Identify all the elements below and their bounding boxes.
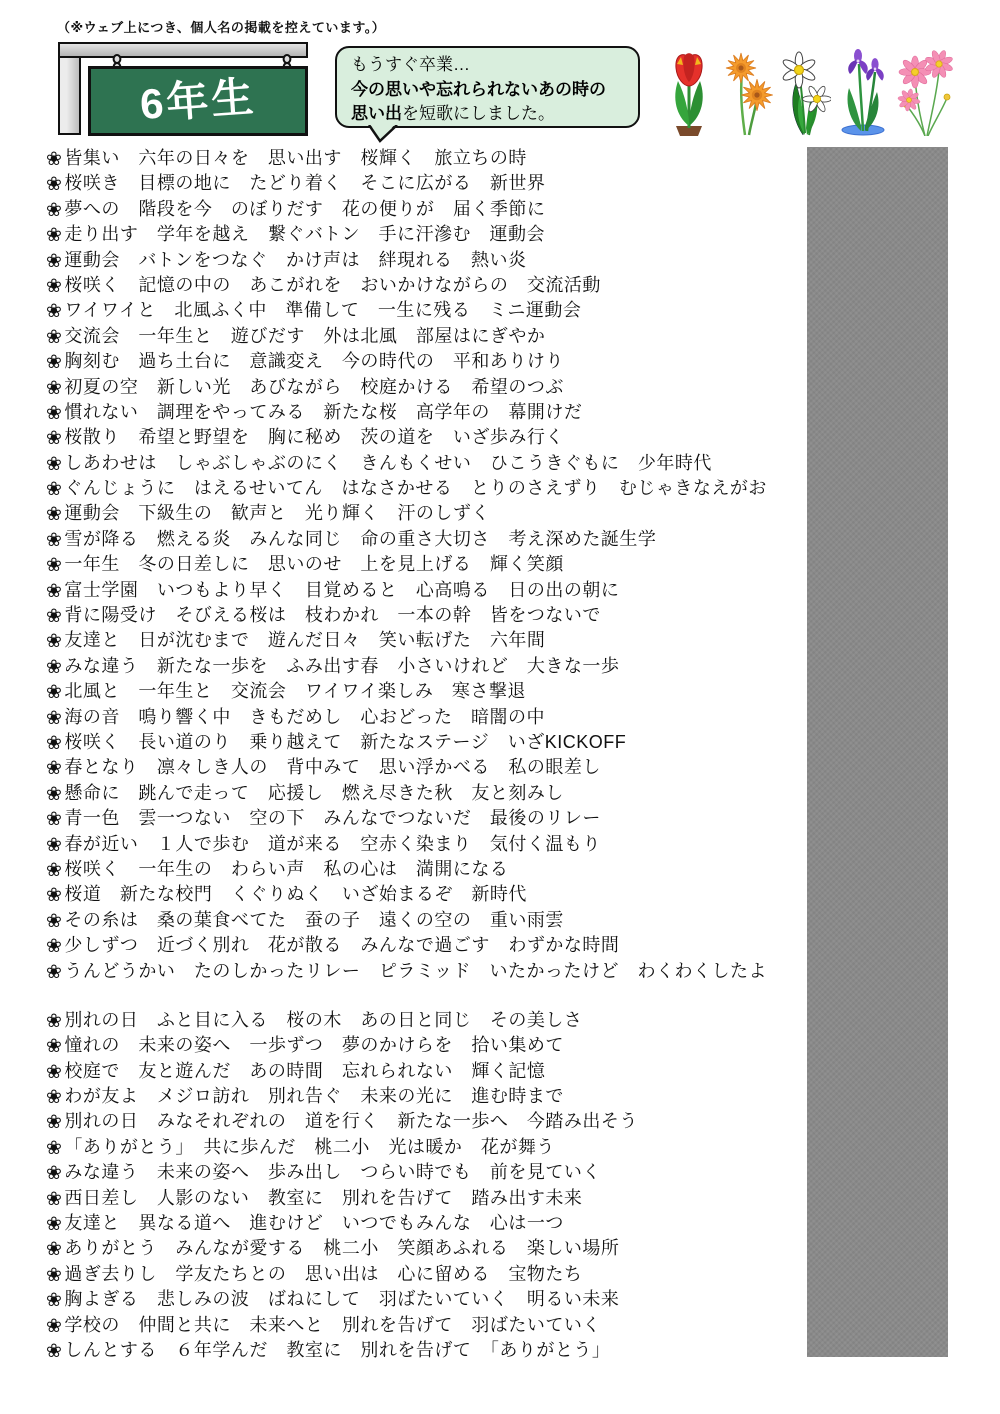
flower-bullet-icon: ❀ — [46, 629, 62, 654]
flower-bullet-icon: ❀ — [46, 376, 62, 401]
tanka-line: ❀ぐんじょうに はえるせいてん はなさかせる とりのさえずり むじゃきなえがお — [46, 476, 806, 501]
tanka-text: 夢への 階段を今 のぼりだす 花の便りが 届く季節に — [64, 199, 545, 219]
flower-bullet-icon: ❀ — [46, 528, 62, 553]
tanka-text: 桜咲く 記憶の中の あこがれを おいかけながらの 交流活動 — [64, 275, 601, 295]
flower-bullet-icon: ❀ — [46, 883, 62, 908]
tanka-text: 胸よぎる 悲しみの波 ばねにして 羽ばたいていく 明るい未来 — [64, 1289, 619, 1309]
tanka-text: 交流会 一年生と 遊びだす 外は北風 部屋はにぎやか — [64, 326, 545, 346]
tanka-text: しんとする ６年学んだ 教室に 別れを告げて 「ありがとう」 — [64, 1340, 610, 1360]
flower-bullet-icon: ❀ — [46, 1161, 62, 1186]
flower-bullet-icon: ❀ — [46, 147, 62, 172]
flower-bullet-icon: ❀ — [46, 325, 62, 350]
tanka-text: 一年生 冬の日差しに 思いのせ 上を見上げる 輝く笑顔 — [64, 554, 564, 574]
tanka-line: ❀春となり 凛々しき人の 背中みて 思い浮かべる 私の眼差し — [46, 755, 806, 780]
tanka-text: ぐんじょうに はえるせいてん はなさかせる とりのさえずり むじゃきなえがお — [64, 478, 766, 498]
tanka-text: わが友よ メジロ訪れ 別れ告ぐ 未来の光に 進む時まで — [64, 1086, 564, 1106]
tanka-text: 桜咲く 一年生の わらい声 私の心は 満開になる — [64, 859, 508, 879]
flower-bullet-icon: ❀ — [46, 1060, 62, 1085]
flower-bullet-icon: ❀ — [46, 756, 62, 781]
bubble-text-line3-bold: 思い出 — [351, 104, 402, 123]
tanka-line: ❀桜咲く 長い道のり 乗り越えて 新たなステージ いざKICKOFF — [46, 730, 806, 755]
flower-bullet-icon: ❀ — [46, 909, 62, 934]
flower-bullet-icon: ❀ — [46, 350, 62, 375]
tanka-text: 胸刻む 過ち土台に 意識変え 今の時代の 平和ありけり — [64, 351, 564, 371]
tanka-line: ❀初夏の空 新しい光 あびながら 校庭かける 希望のつぶ — [46, 375, 806, 400]
flower-bullet-icon: ❀ — [46, 1288, 62, 1313]
flower-bullet-icon: ❀ — [46, 934, 62, 959]
tanka-line: ❀胸刻む 過ち土台に 意識変え 今の時代の 平和ありけり — [46, 349, 806, 374]
tanka-text: 雪が降る 燃える炎 みんな同じ 命の重さ大切さ 考え深めた誕生学 — [64, 529, 656, 549]
grade-label: 6年生 — [138, 76, 257, 126]
tanka-line: ❀みな違う 未来の姿へ 歩み出し つらい時でも 前を見ていく — [46, 1160, 806, 1185]
flower-bullet-icon: ❀ — [46, 706, 62, 731]
tanka-line: ❀雪が降る 燃える炎 みんな同じ 命の重さ大切さ 考え深めた誕生学 — [46, 527, 806, 552]
tanka-text: 懸命に 跳んで走って 応援し 燃え尽きた秋 友と刻みし — [64, 783, 564, 803]
tanka-line: ❀うんどうかい たのしかったリレー ピラミッド いたかったけど わくわくしたよ — [46, 959, 806, 984]
tanka-line: ❀胸よぎる 悲しみの波 ばねにして 羽ばたいていく 明るい未来 — [46, 1287, 806, 1312]
tanka-line: ❀桜咲く 一年生の わらい声 私の心は 満開になる — [46, 857, 806, 882]
tanka-text: 北風と 一年生と 交流会 ワイワイ楽しみ 寒さ撃退 — [64, 681, 525, 701]
flower-bullet-icon: ❀ — [46, 858, 62, 883]
tanka-line: ❀友達と 異なる道へ 進むけど いつでもみんな 心は一つ — [46, 1211, 806, 1236]
tanka-text: 校庭で 友と遊んだ あの時間 忘れられない 輝く記憶 — [64, 1061, 545, 1081]
tanka-list: ❀皆集い 六年の日々を 思い出す 桜輝く 旅立ちの時 ❀桜咲き 目標の地に たど… — [46, 146, 806, 1363]
tanka-text: 学校の 仲間と共に 未来へと 別れを告げて 羽ばたいていく — [64, 1315, 601, 1335]
tanka-text: 桜散り 希望と野望を 胸に秘め 茨の道を いざ歩み行く — [64, 427, 564, 447]
flower-bullet-icon: ❀ — [46, 1212, 62, 1237]
tanka-text: 初夏の空 新しい光 あびながら 校庭かける 希望のつぶ — [64, 377, 564, 397]
flower-bullet-icon: ❀ — [46, 807, 62, 832]
tanka-line: ❀桜咲き 目標の地に たどり着く そこに広がる 新世界 — [46, 171, 806, 196]
tanka-text: 桜咲く 長い道のり 乗り越えて 新たなステージ いざKICKOFF — [64, 732, 626, 752]
tanka-text: 桜道 新たな校門 くぐりぬく いざ始まるぞ 新時代 — [64, 884, 527, 904]
tanka-line: ❀海の音 鳴り響く中 きもだめし 心おどった 暗闇の中 — [46, 705, 806, 730]
tanka-line: ❀「ありがとう」 共に歩んだ 桃二小 光は暖か 花が舞う — [46, 1135, 806, 1160]
tanka-text: 慣れない 調理をやってみる 新たな桜 高学年の 幕開けだ — [64, 402, 582, 422]
tanka-line: ❀しあわせは しゃぶしゃぶのにく きんもくせい ひこうきぐもに 少年時代 — [46, 451, 806, 476]
grade-signboard: 6年生 — [58, 42, 314, 137]
tanka-line: ❀しんとする ６年学んだ 教室に 別れを告げて 「ありがとう」 — [46, 1338, 806, 1363]
tanka-line: ❀その糸は 桑の葉食べてた 蚕の子 遠くの空の 重い雨雲 — [46, 908, 806, 933]
tanka-line: ❀走り出す 学年を越え 繋ぐバトン 手に汗滲む 運動会 — [46, 222, 806, 247]
flower-bullet-icon: ❀ — [46, 1110, 62, 1135]
tanka-line: ❀別れの日 みなそれぞれの 道を行く 新たな一歩へ 今踏み出そう — [46, 1109, 806, 1134]
tanka-line: ❀少しずつ 近づく別れ 花が散る みんなで過ごす わずかな時間 — [46, 933, 806, 958]
tanka-line: ❀桜道 新たな校門 くぐりぬく いざ始まるぞ 新時代 — [46, 882, 806, 907]
tanka-text: 少しずつ 近づく別れ 花が散る みんなで過ごす わずかな時間 — [64, 935, 619, 955]
flower-bullet-icon: ❀ — [46, 833, 62, 858]
tanka-text: 憧れの 未来の姿へ 一歩ずつ 夢のかけらを 拾い集めて — [64, 1035, 564, 1055]
bubble-tail — [367, 125, 403, 145]
tanka-line: ❀西日差し 人影のない 教室に 別れを告げて 踏み出す未来 — [46, 1186, 806, 1211]
tanka-line: ❀交流会 一年生と 遊びだす 外は北風 部屋はにぎやか — [46, 324, 806, 349]
tanka-line: ❀富士学園 いつもより早く 目覚めると 心高鳴る 日の出の朝に — [46, 578, 806, 603]
tanka-line: ❀校庭で 友と遊んだ あの時間 忘れられない 輝く記憶 — [46, 1059, 806, 1084]
tanka-text: 富士学園 いつもより早く 目覚めると 心高鳴る 日の出の朝に — [64, 580, 619, 600]
tanka-text: 友達と 日が沈むまで 遊んだ日々 笑い転げた 六年間 — [64, 630, 545, 650]
tanka-block-1: ❀皆集い 六年の日々を 思い出す 桜輝く 旅立ちの時 ❀桜咲き 目標の地に たど… — [46, 146, 806, 984]
tanka-text: 友達と 異なる道へ 進むけど いつでもみんな 心は一つ — [64, 1213, 564, 1233]
tanka-text: 西日差し 人影のない 教室に 別れを告げて 踏み出す未来 — [64, 1188, 582, 1208]
tanka-line: ❀背に陽受け そびえる桜は 枝わかれ 一本の幹 皆をつないで — [46, 603, 806, 628]
privacy-disclaimer: （※ウェブ上につき、個人名の掲載を控えています。） — [57, 17, 385, 36]
tanka-line: ❀北風と 一年生と 交流会 ワイワイ楽しみ 寒さ撃退 — [46, 679, 806, 704]
tanka-text: 青一色 雲一つない 空の下 みんなでつないだ 最後のリレー — [64, 808, 601, 828]
narcissus-icon — [779, 48, 831, 136]
flower-bullet-icon: ❀ — [46, 299, 62, 324]
tanka-line: ❀学校の 仲間と共に 未来へと 別れを告げて 羽ばたいていく — [46, 1313, 806, 1338]
tanka-text: 海の音 鳴り響く中 きもだめし 心おどった 暗闇の中 — [64, 707, 545, 727]
tanka-text: 走り出す 学年を越え 繋ぐバトン 手に汗滲む 運動会 — [64, 224, 545, 244]
tanka-text: 背に陽受け そびえる桜は 枝わかれ 一本の幹 皆をつないで — [64, 605, 601, 625]
tanka-line: ❀運動会 下級生の 歓声と 光り輝く 汗のしずく — [46, 501, 806, 526]
tanka-text: 春が近い １人で歩む 道が来る 空赤く染まり 気付く温もり — [64, 834, 601, 854]
tanka-text: 皆集い 六年の日々を 思い出す 桜輝く 旅立ちの時 — [64, 148, 527, 168]
tanka-text: 春となり 凛々しき人の 背中みて 思い浮かべる 私の眼差し — [64, 757, 601, 777]
flower-bullet-icon: ❀ — [46, 960, 62, 985]
tanka-text: ワイワイと 北風ふく中 準備して 一生に残る ミニ運動会 — [64, 300, 581, 320]
tanka-text: 別れの日 みなそれぞれの 道を行く 新たな一歩へ 今踏み出そう — [64, 1111, 638, 1131]
flower-bullet-icon: ❀ — [46, 477, 62, 502]
tanka-text: みな違う 未来の姿へ 歩み出し つらい時でも 前を見ていく — [64, 1162, 601, 1182]
flower-bullet-icon: ❀ — [46, 223, 62, 248]
flower-bullet-icon: ❀ — [46, 553, 62, 578]
tanka-text: 運動会 下級生の 歓声と 光り輝く 汗のしずく — [64, 503, 490, 523]
tanka-line: ❀皆集い 六年の日々を 思い出す 桜輝く 旅立ちの時 — [46, 146, 806, 171]
flower-bullet-icon: ❀ — [46, 1187, 62, 1212]
tanka-line: ❀わが友よ メジロ訪れ 別れ告ぐ 未来の光に 進む時まで — [46, 1084, 806, 1109]
tanka-line: ❀ワイワイと 北風ふく中 準備して 一生に残る ミニ運動会 — [46, 298, 806, 323]
flower-bullet-icon: ❀ — [46, 249, 62, 274]
flower-bullet-icon: ❀ — [46, 604, 62, 629]
flower-bullet-icon: ❀ — [46, 680, 62, 705]
bubble-text-line3-rest: を短歌にしました。 — [402, 104, 555, 123]
sign-post-horizontal — [58, 42, 308, 58]
flower-bullet-icon: ❀ — [46, 579, 62, 604]
flower-bullet-icon: ❀ — [46, 782, 62, 807]
cosmos-icon — [895, 48, 955, 136]
flower-bullet-icon: ❀ — [46, 1136, 62, 1161]
tanka-line: ❀過ぎ去りし 学友たちとの 思い出は 心に留める 宝物たち — [46, 1262, 806, 1287]
tanka-text: 過ぎ去りし 学友たちとの 思い出は 心に留める 宝物たち — [64, 1264, 582, 1284]
tanka-text: 「ありがとう」 共に歩んだ 桃二小 光は暖か 花が舞う — [64, 1137, 555, 1157]
grade-sign-board: 6年生 — [88, 66, 308, 136]
tanka-text: しあわせは しゃぶしゃぶのにく きんもくせい ひこうきぐもに 少年時代 — [64, 453, 712, 473]
tanka-text: みな違う 新たな一歩を ふみ出す春 小さいけれど 大きな一歩 — [64, 656, 619, 676]
flower-bullet-icon: ❀ — [46, 426, 62, 451]
flower-bullet-icon: ❀ — [46, 1034, 62, 1059]
flower-bullet-icon: ❀ — [46, 452, 62, 477]
tanka-line: ❀友達と 日が沈むまで 遊んだ日々 笑い転げた 六年間 — [46, 628, 806, 653]
tulip-icon — [663, 48, 715, 136]
tanka-line: ❀ありがとう みんなが愛する 桃二小 笑顔あふれる 楽しい場所 — [46, 1236, 806, 1261]
flower-clipart-row — [663, 46, 955, 136]
iris-icon — [837, 48, 889, 136]
tanka-text: その糸は 桑の葉食べてた 蚕の子 遠くの空の 重い雨雲 — [64, 910, 564, 930]
tanka-line: ❀青一色 雲一つない 空の下 みんなでつないだ 最後のリレー — [46, 806, 806, 831]
tanka-text: ありがとう みんなが愛する 桃二小 笑顔あふれる 楽しい場所 — [64, 1238, 619, 1258]
tanka-line: ❀憧れの 未来の姿へ 一歩ずつ 夢のかけらを 拾い集めて — [46, 1033, 806, 1058]
tanka-line: ❀慣れない 調理をやってみる 新たな桜 高学年の 幕開けだ — [46, 400, 806, 425]
tanka-text: 別れの日 ふと目に入る 桜の木 あの日と同じ その美しさ — [64, 1010, 582, 1030]
masked-photo-area — [807, 147, 948, 1357]
tanka-line: ❀夢への 階段を今 のぼりだす 花の便りが 届く季節に — [46, 197, 806, 222]
intro-speech-bubble: もうすぐ卒業… 今の思いや忘れられないあの時の 思い出を短歌にしました。 — [335, 46, 640, 128]
tanka-line: ❀懸命に 跳んで走って 応援し 燃え尽きた秋 友と刻みし — [46, 781, 806, 806]
tanka-line: ❀運動会 バトンをつなぐ かけ声は 絆現れる 熱い炎 — [46, 248, 806, 273]
tanka-text: 桜咲き 目標の地に たどり着く そこに広がる 新世界 — [64, 173, 545, 193]
tanka-line: ❀桜散り 希望と野望を 胸に秘め 茨の道を いざ歩み行く — [46, 425, 806, 450]
flower-bullet-icon: ❀ — [46, 502, 62, 527]
tanka-line: ❀一年生 冬の日差しに 思いのせ 上を見上げる 輝く笑顔 — [46, 552, 806, 577]
flower-bullet-icon: ❀ — [46, 1314, 62, 1339]
tanka-block-2: ❀別れの日 ふと目に入る 桜の木 あの日と同じ その美しさ ❀憧れの 未来の姿へ… — [46, 1008, 806, 1363]
flower-bullet-icon: ❀ — [46, 655, 62, 680]
flower-bullet-icon: ❀ — [46, 1339, 62, 1364]
gerbera-icon — [721, 48, 773, 136]
page: （※ウェブ上につき、個人名の掲載を控えています。） 6年生 もうすぐ卒業… 今の… — [0, 0, 1000, 1414]
flower-bullet-icon: ❀ — [46, 401, 62, 426]
tanka-text: 運動会 バトンをつなぐ かけ声は 絆現れる 熱い炎 — [64, 250, 526, 270]
flower-bullet-icon: ❀ — [46, 198, 62, 223]
bubble-text-line3: 思い出を短歌にしました。 — [351, 102, 630, 127]
tanka-text: うんどうかい たのしかったリレー ピラミッド いたかったけど わくわくしたよ — [64, 961, 767, 981]
tanka-line: ❀みな違う 新たな一歩を ふみ出す春 小さいけれど 大きな一歩 — [46, 654, 806, 679]
bubble-text-line1: もうすぐ卒業… — [351, 53, 630, 78]
flower-bullet-icon: ❀ — [46, 1237, 62, 1262]
flower-bullet-icon: ❀ — [46, 274, 62, 299]
tanka-line: ❀別れの日 ふと目に入る 桜の木 あの日と同じ その美しさ — [46, 1008, 806, 1033]
tanka-line: ❀桜咲く 記憶の中の あこがれを おいかけながらの 交流活動 — [46, 273, 806, 298]
flower-bullet-icon: ❀ — [46, 1009, 62, 1034]
bubble-text-line2: 今の思いや忘れられないあの時の — [351, 78, 630, 103]
flower-bullet-icon: ❀ — [46, 1085, 62, 1110]
flower-bullet-icon: ❀ — [46, 731, 62, 756]
flower-bullet-icon: ❀ — [46, 172, 62, 197]
tanka-line: ❀春が近い １人で歩む 道が来る 空赤く染まり 気付く温もり — [46, 832, 806, 857]
flower-bullet-icon: ❀ — [46, 1263, 62, 1288]
